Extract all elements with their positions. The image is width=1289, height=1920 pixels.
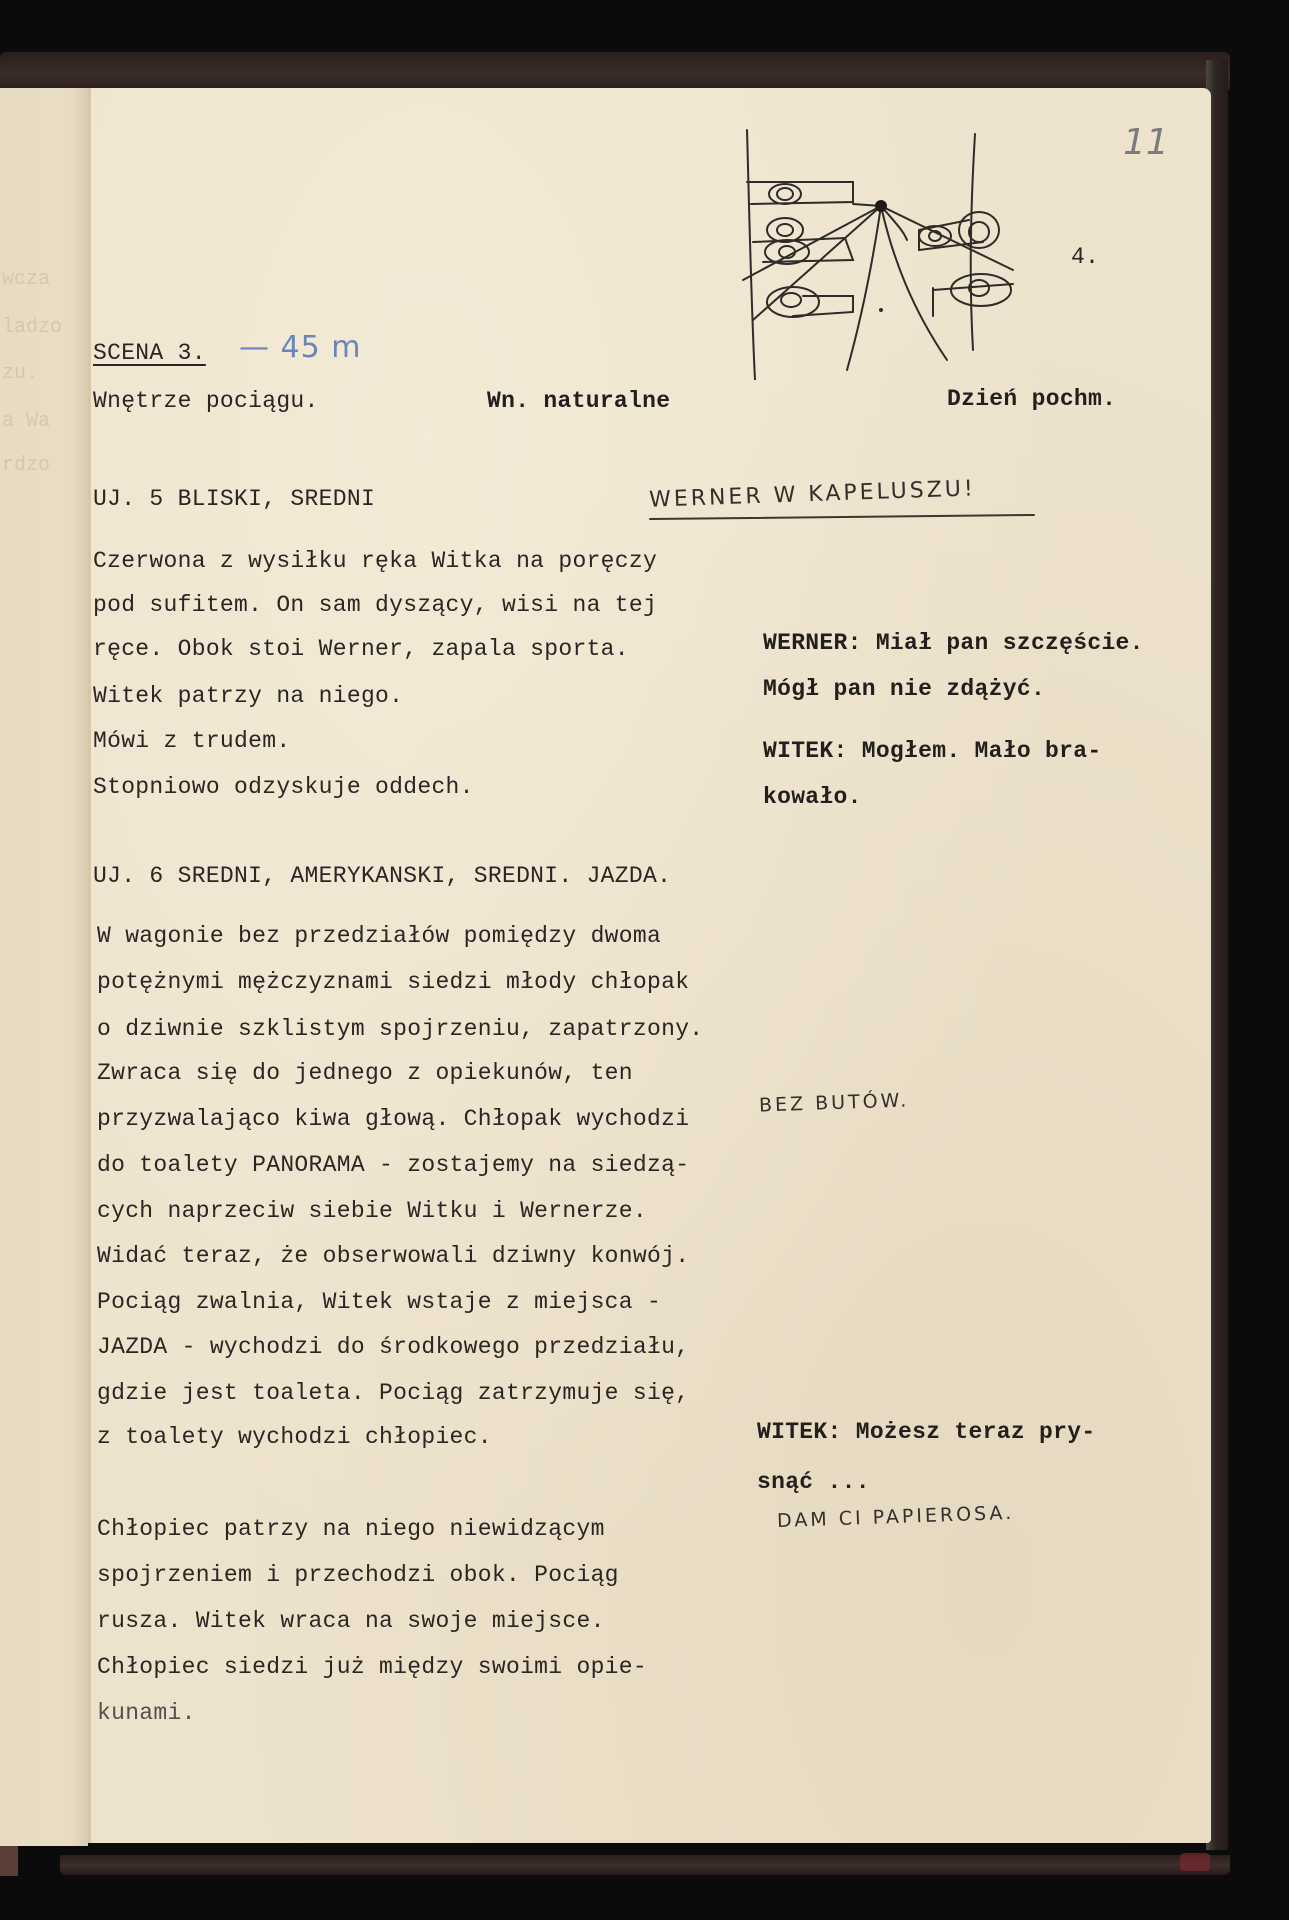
previous-page-edge: wcza ladzo zu. a Wa rdzo [0,88,88,1846]
action-line: potężnymi mężczyznami siedzi młody chłop… [97,971,689,994]
dialogue-line: WITEK: Mogłem. Mało bra- [763,740,1101,763]
dialogue-line: Mógł pan nie zdążyć. [763,678,1045,701]
action-line: JAZDA - wychodzi do środkowego przedział… [97,1336,689,1359]
bleed-through-text: rdzo [2,454,50,477]
bleed-through-text: wcza [2,268,50,291]
bleed-through-text: zu. [2,362,38,385]
seating-sketch-icon [723,120,1023,380]
book-cover-top [0,52,1230,90]
scene-lighting: Wn. naturalne [487,390,670,413]
action-line: przyzwalająco kiwa głową. Chłopak wychod… [97,1108,689,1131]
action-line: do toalety PANORAMA - zostajemy na siedz… [97,1154,689,1177]
script-page: 11 4. SCENA 3. [88,88,1211,1843]
action-line: Chłopiec siedzi już między swoimi opie- [97,1656,647,1679]
cover-corner-left [0,1846,18,1876]
action-line: o dziwnie szklistym spojrzeniu, zapatrzo… [97,1018,703,1041]
action-line: rusza. Witek wraca na swoje miejsce. [97,1610,605,1633]
scene-time: Dzień pochm. [947,388,1116,411]
bleed-through-text: a Wa [2,410,50,433]
action-line: Czerwona z wysiłku ręka Witka na poręczy [93,550,657,573]
handwritten-note-werner: WERNER W KAPELUSZU! [649,476,976,512]
action-line: z toalety wychodzi chłopiec. [97,1426,492,1449]
cover-corner-mark [1180,1853,1210,1871]
action-line: gdzie jest toaleta. Pociąg zatrzymuje si… [97,1382,689,1405]
action-line: Zwraca się do jednego z opiekunów, ten [97,1062,633,1085]
scene-length-note: — 45 m [239,330,361,365]
bleed-through-text: ladzo [2,316,62,339]
handwritten-underline [649,514,1035,520]
dialogue-line: snąć ... [757,1471,870,1494]
action-line: Witek patrzy na niego. [93,685,403,708]
dialogue-line: kowało. [763,786,862,809]
action-line: pod sufitem. On sam dyszący, wisi na tej [93,594,657,617]
shot-5-heading: UJ. 5 BLISKI, SREDNI [93,488,375,511]
typed-page-number: 4. [1071,246,1099,269]
action-line: Chłopiec patrzy na niego niewidzącym [97,1518,605,1541]
action-line: W wagonie bez przedziałów pomiędzy dwoma [97,925,661,948]
action-line: ręce. Obok stoi Werner, zapala sporta. [93,638,629,661]
scene-heading: SCENA 3. [93,342,206,365]
action-line: Stopniowo odzyskuje oddech. [93,776,474,799]
dialogue-line: WERNER: Miał pan szczęście. [763,632,1144,655]
dialogue-line: WITEK: Możesz teraz pry- [757,1421,1095,1444]
book-cover-bottom [60,1855,1230,1875]
handwritten-page-number: 11 [1123,122,1169,163]
action-line: cych naprzeciw siebie Witku i Wernerze. [97,1200,647,1223]
shot-6-heading: UJ. 6 SREDNI, AMERYKANSKI, SREDNI. JAZDA… [93,865,671,888]
scene-location: Wnętrze pociągu. [93,390,319,413]
action-line: spojrzeniem i przechodzi obok. Pociąg [97,1564,619,1587]
action-line: kunami. [97,1702,196,1725]
action-line: Pociąg zwalnia, Witek wstaje z miejsca - [97,1291,661,1314]
action-line: Mówi z trudem. [93,730,290,753]
handwritten-note-cigarette: DAM CI PAPIEROSA. [777,1502,1015,1532]
action-line: Widać teraz, że obserwowali dziwny konwó… [97,1245,689,1268]
handwritten-note-no-shoes: BEZ BUTÓW. [759,1089,910,1116]
